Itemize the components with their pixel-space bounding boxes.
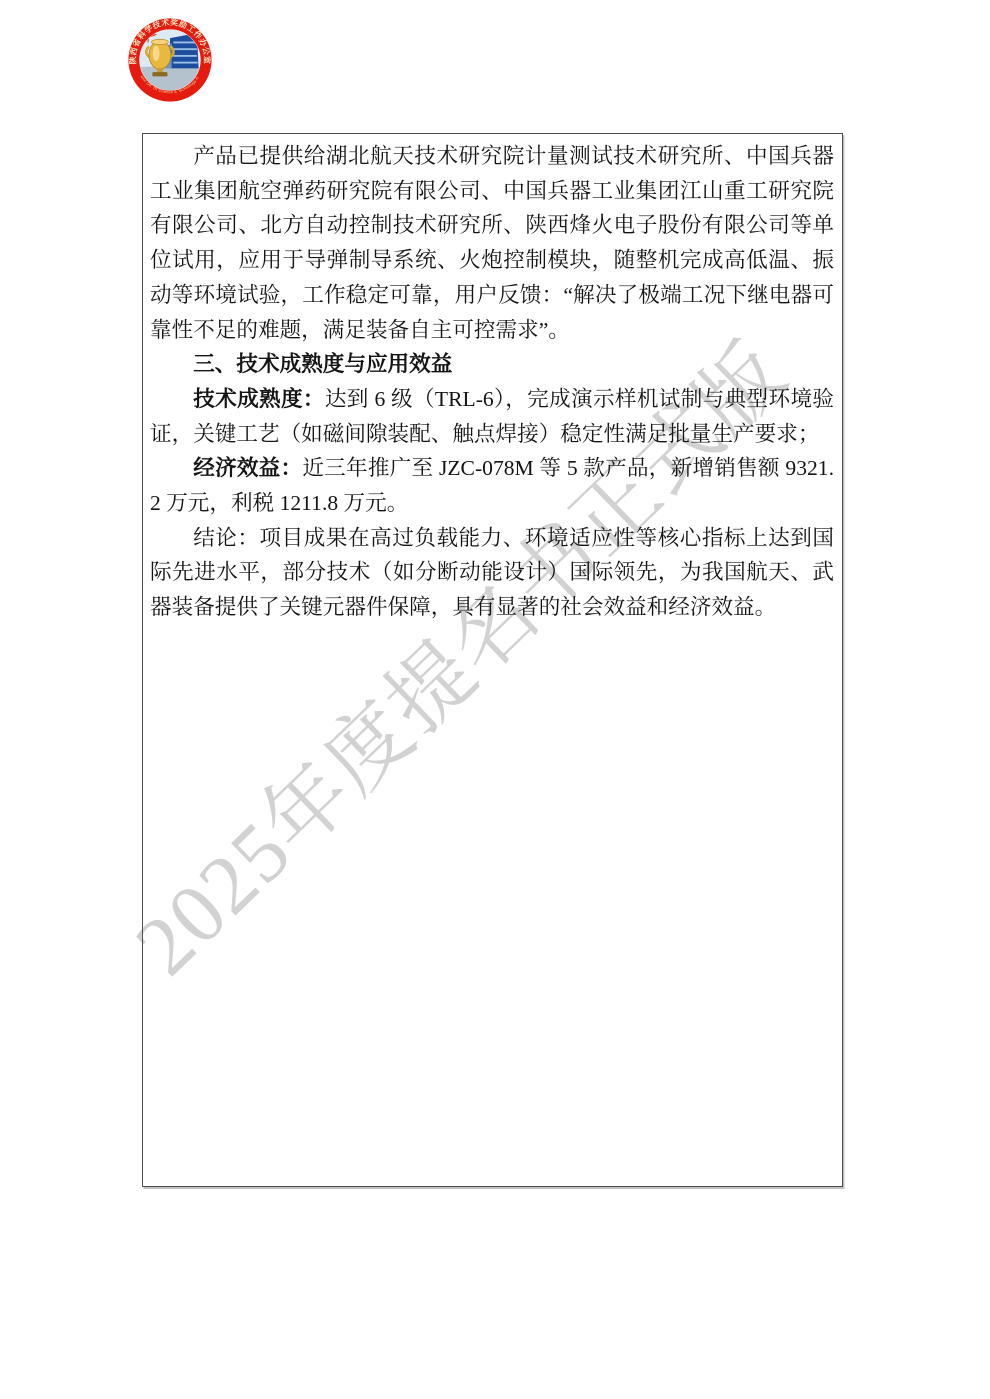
content-box: 产品已提供给湖北航天技术研究院计量测试技术研究所、中国兵器工业集团航空弹药研究院… bbox=[142, 133, 843, 1187]
section-heading: 三、技术成熟度与应用效益 bbox=[150, 347, 834, 382]
economic-label: 经济效益： bbox=[193, 455, 302, 480]
paragraph-economic: 经济效益：近三年推广至 JZC-078M 等 5 款产品，新增销售额 9321.… bbox=[150, 451, 834, 520]
award-office-seal: 陕西省科学技术奖励工作办公室 Shaanxi Off. Of Science &… bbox=[128, 18, 212, 102]
document-page: 2025年度提名书正式版 bbox=[0, 0, 990, 1399]
maturity-label: 技术成熟度： bbox=[193, 386, 325, 411]
paragraph-maturity: 技术成熟度：达到 6 级（TRL-6），完成演示样机试制与典型环境验证，关键工艺… bbox=[150, 382, 834, 451]
paragraph-application: 产品已提供给湖北航天技术研究院计量测试技术研究所、中国兵器工业集团航空弹药研究院… bbox=[150, 139, 834, 347]
paragraph-conclusion: 结论：项目成果在高过负载能力、环境适应性等核心指标上达到国际先进水平，部分技术（… bbox=[150, 521, 834, 625]
